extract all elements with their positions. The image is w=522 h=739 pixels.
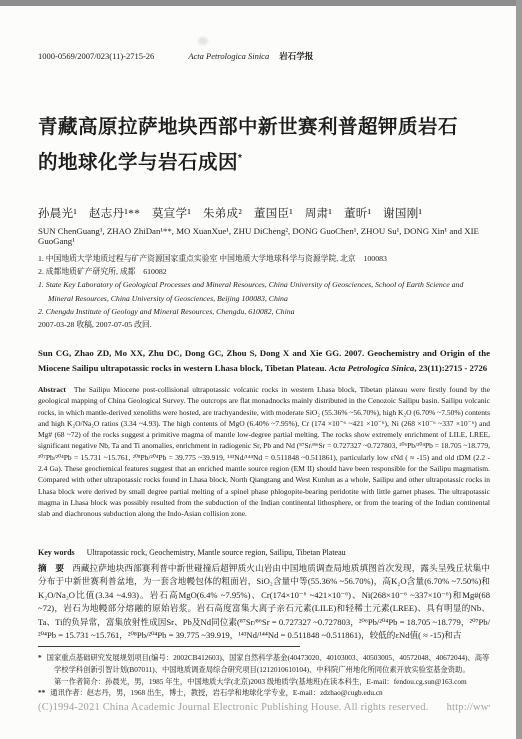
keywords-text: Ultrapotassic rock, Geochemistry, Mantle… — [87, 548, 346, 557]
scan-artifact — [198, 37, 208, 45]
abstract-text: The Sailipu Miocene post-collisional ult… — [38, 385, 490, 518]
abstract-cn-text: 西藏拉萨地块西部赛利普中新世碰撞后超钾质火山岩由中国地质调查局地质填图首次发现，… — [38, 563, 490, 640]
page-scan-edge-right — [516, 0, 522, 739]
paper-title-line1: 青藏高原拉萨地块西部中新世赛利普超钾质岩石 — [38, 116, 458, 138]
cnki-url: http://www.cnki.net — [447, 702, 490, 713]
affiliations-block: 1. 中国地质大学地质过程与矿产资源国家重点实验室 中国地质大学地球科学与资源学… — [38, 252, 490, 331]
citation-line: Sun CG, Zhao ZD, Mo XX, Zhu DC, Dong GC,… — [38, 346, 490, 375]
paper-title-line2: 的地球化学与岩石成因 — [38, 152, 238, 174]
journal-name-cn: 岩石学报 — [279, 51, 313, 61]
footnote-first-author-bio: 第一作者简介：孙晨光，男，1985 年生，中国地质大学(北京)2003 级地质学… — [38, 676, 490, 688]
abstract-label: Abstract — [38, 385, 66, 394]
footnote-corresponding-author-text: 通讯作者：赵志丹，男，1968 出生，博士，教授，岩石学和地球化学专业，E-ma… — [50, 688, 382, 697]
copyright-text: (C)1994-2021 China Academic Journal Elec… — [38, 702, 429, 713]
affiliation-cn-1: 1. 中国地质大学地质过程与矿产资源国家重点实验室 中国地质大学地球科学与资源学… — [38, 252, 490, 265]
paper-title: 青藏高原拉萨地块西部中新世赛利普超钾质岩石 的地球化学与岩石成因* — [38, 112, 490, 179]
footnotes-block: *国家重点基础研究发展规划项目(编号：2002CB412603)、国家自然科学基… — [38, 652, 490, 699]
affiliation-cn-2: 2. 成都地质矿产研究所, 成都 610082 — [38, 265, 490, 278]
affiliation-en-1: 1. State Key Laboratory of Geological Pr… — [38, 278, 490, 304]
journal-header: 1000-0569/2007/023(11)-2715-26Acta Petro… — [38, 50, 490, 62]
affiliation-en-2: 2. Chengdu Institute of Geology and Mine… — [38, 305, 490, 318]
footnote-star-mark: * — [38, 653, 42, 662]
abstract-cn-label: 摘 要 — [38, 563, 64, 573]
cnki-copyright-line: (C)1994-2021 China Academic Journal Elec… — [38, 702, 490, 713]
authors-chinese: 孙晨光¹ 赵志丹¹** 莫宣学¹ 朱弟成² 董国臣¹ 周肃¹ 董昕¹ 谢国刚¹ — [38, 205, 490, 221]
abstract-chinese: 摘 要西藏拉萨地块西部赛利普中新世碰撞后超钾质火山岩由中国地质调查局地质填图首次… — [38, 562, 490, 642]
scanned-journal-page: 1000-0569/2007/023(11)-2715-26Acta Petro… — [0, 0, 522, 739]
citation-journal-name: Acta Petrologica Sinica — [329, 363, 415, 373]
abstract-english: AbstractThe Sailipu Miocene post-collisi… — [38, 384, 490, 520]
footnote-funding: *国家重点基础研究发展规划项目(编号：2002CB412603)、国家自然科学基… — [38, 652, 490, 676]
keywords-line: Key wordsUltrapotassic rock, Geochemistr… — [38, 548, 490, 557]
article-code: 1000-0569/2007/023(11)-2715-26 — [38, 51, 154, 61]
authors-english: SUN ChenGuang¹, ZHAO ZhiDan¹**, MO XuanX… — [38, 226, 490, 246]
received-revised-dates: 2007-03-28 收稿, 2007-07-05 改回. — [38, 318, 490, 331]
footnote-separator-rule — [38, 646, 300, 647]
page-scan-edge-top — [0, 0, 522, 6]
journal-name-en: Acta Petrologica Sinica — [188, 51, 269, 61]
citation-issue-pages: , 23(11):2715 - 2726 — [414, 363, 487, 373]
footnote-corresponding-author: **通讯作者：赵志丹，男，1968 出生，博士，教授，岩石学和地球化学专业，E-… — [38, 687, 490, 699]
keywords-label: Key words — [38, 548, 75, 557]
title-footnote-mark: * — [238, 153, 242, 164]
footnote-funding-text: 国家重点基础研究发展规划项目(编号：2002CB412603)、国家自然科学基金… — [47, 653, 490, 674]
footnote-double-star-mark: ** — [38, 688, 45, 697]
